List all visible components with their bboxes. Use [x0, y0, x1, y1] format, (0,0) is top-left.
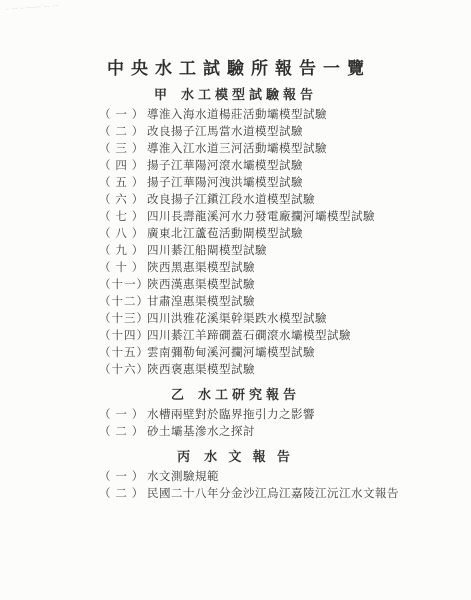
item-text: 四川長壽龍溪河水力發電廠攔河壩模型試驗 [147, 211, 375, 223]
item-text: 廣東北江蘆苞活動閘模型試驗 [147, 228, 303, 240]
list-item: （ 十 ）陝西黑惠渠模型試驗 [99, 260, 471, 277]
section-items: （ 一 ）水文測驗規範（ 二 ）民國二十八年分金沙江烏江嘉陵江沅江水文報告 [0, 469, 471, 503]
item-number: （ 七 ） [99, 209, 147, 226]
section-heading: 丙水 文 報 告 [0, 447, 471, 467]
item-number: （ 一 ） [99, 469, 147, 486]
item-number: （十四） [99, 328, 147, 345]
item-text: 雲南彌勒甸溪河攔河壩模型試驗 [147, 347, 315, 359]
item-number: （ 八 ） [99, 226, 147, 243]
item-text: 水文測驗規範 [147, 471, 219, 483]
list-item: （十五）雲南彌勒甸溪河攔河壩模型試驗 [99, 345, 471, 362]
list-item: （ 八 ）廣東北江蘆苞活動閘模型試驗 [99, 226, 471, 243]
list-item: （ 二 ）砂土壩基滲水之探討 [99, 424, 471, 441]
section-letter: 甲 [154, 87, 167, 102]
item-number: （ 六 ） [99, 192, 147, 209]
list-item: （ 三 ）導淮入江水道三河活動壩模型試驗 [99, 141, 471, 158]
item-text: 陝西漢惠渠模型試驗 [147, 279, 255, 291]
section-letter: 丙 [177, 449, 190, 464]
list-item: （十四）四川綦江羊蹄磵蓋石磵滾水壩模型試驗 [99, 328, 471, 345]
item-text: 導淮入江水道三河活動壩模型試驗 [147, 143, 327, 155]
item-number: （ 四 ） [99, 158, 147, 175]
section-heading: 乙水工研究報告 [0, 385, 471, 405]
item-number: （十三） [99, 311, 147, 328]
item-text: 導淮入海水道楊莊活動壩模型試驗 [147, 109, 327, 121]
section-title: 水工模型試驗報告 [181, 87, 317, 102]
item-number: （十一） [99, 277, 147, 294]
list-item: （ 一 ）導淮入海水道楊莊活動壩模型試驗 [99, 107, 471, 124]
item-text: 揚子江華陽河洩洪壩模型試驗 [147, 177, 303, 189]
item-number: （ 五 ） [99, 175, 147, 192]
section-heading: 甲水工模型試驗報告 [0, 85, 471, 105]
scanned-document-page: -˙--˙- -----˙-- -- 中央水工試驗所報告一覽 甲水工模型試驗報告… [0, 0, 471, 600]
section-title: 水工研究報告 [198, 387, 300, 402]
item-text: 陝西黑惠渠模型試驗 [147, 262, 255, 274]
item-number: （ 九 ） [99, 243, 147, 260]
list-item: （十三）四川洪雅花溪渠幹渠跌水模型試驗 [99, 311, 471, 328]
section-title: 水 文 報 告 [204, 449, 294, 464]
list-item: （ 二 ）改良揚子江馬當水道模型試驗 [99, 124, 471, 141]
item-number: （ 二 ） [99, 124, 147, 141]
list-item: （ 六 ）改良揚子江鎭江段水道模型試驗 [99, 192, 471, 209]
item-number: （ 一 ） [99, 107, 147, 124]
item-number: （ 三 ） [99, 141, 147, 158]
item-text: 四川綦江船閘模型試驗 [147, 245, 267, 257]
list-item: （ 五 ）揚子江華陽河洩洪壩模型試驗 [99, 175, 471, 192]
page-title: 中央水工試驗所報告一覽 [0, 0, 471, 79]
list-item: （十二）甘肅湟惠渠模型試驗 [99, 294, 471, 311]
item-number: （ 十 ） [99, 260, 147, 277]
item-text: 陝西褒惠渠模型試驗 [147, 364, 255, 376]
list-item: （ 二 ）民國二十八年分金沙江烏江嘉陵江沅江水文報告 [99, 486, 471, 503]
list-item: （ 九 ）四川綦江船閘模型試驗 [99, 243, 471, 260]
item-number: （十五） [99, 345, 147, 362]
report-list: 甲水工模型試驗報告（ 一 ）導淮入海水道楊莊活動壩模型試驗（ 二 ）改良揚子江馬… [0, 85, 471, 503]
list-item: （ 四 ）揚子江華陽河滾水壩模型試驗 [99, 158, 471, 175]
item-text: 改良揚子江鎭江段水道模型試驗 [147, 194, 315, 206]
item-text: 揚子江華陽河滾水壩模型試驗 [147, 160, 303, 172]
list-item: （ 一 ）水文測驗規範 [99, 469, 471, 486]
item-number: （ 二 ） [99, 486, 147, 503]
item-text: 砂土壩基滲水之探討 [147, 426, 255, 438]
item-text: 民國二十八年分金沙江烏江嘉陵江沅江水文報告 [147, 488, 399, 500]
item-number: （ 一 ） [99, 407, 147, 424]
list-item: （ 七 ）四川長壽龍溪河水力發電廠攔河壩模型試驗 [99, 209, 471, 226]
item-text: 四川綦江羊蹄磵蓋石磵滾水壩模型試驗 [147, 330, 351, 342]
section-items: （ 一 ）水槽兩壁對於臨界拖引力之影響（ 二 ）砂土壩基滲水之探討 [0, 407, 471, 441]
item-text: 水槽兩壁對於臨界拖引力之影響 [147, 409, 315, 421]
item-text: 甘肅湟惠渠模型試驗 [147, 296, 255, 308]
item-text: 改良揚子江馬當水道模型試驗 [147, 126, 303, 138]
list-item: （十六）陝西褒惠渠模型試驗 [99, 362, 471, 379]
section-items: （ 一 ）導淮入海水道楊莊活動壩模型試驗（ 二 ）改良揚子江馬當水道模型試驗（ … [0, 107, 471, 379]
list-item: （ 一 ）水槽兩壁對於臨界拖引力之影響 [99, 407, 471, 424]
section-letter: 乙 [171, 387, 184, 402]
item-number: （十六） [99, 362, 147, 379]
item-text: 四川洪雅花溪渠幹渠跌水模型試驗 [147, 313, 327, 325]
item-number: （十二） [99, 294, 147, 311]
list-item: （十一）陝西漢惠渠模型試驗 [99, 277, 471, 294]
item-number: （ 二 ） [99, 424, 147, 441]
